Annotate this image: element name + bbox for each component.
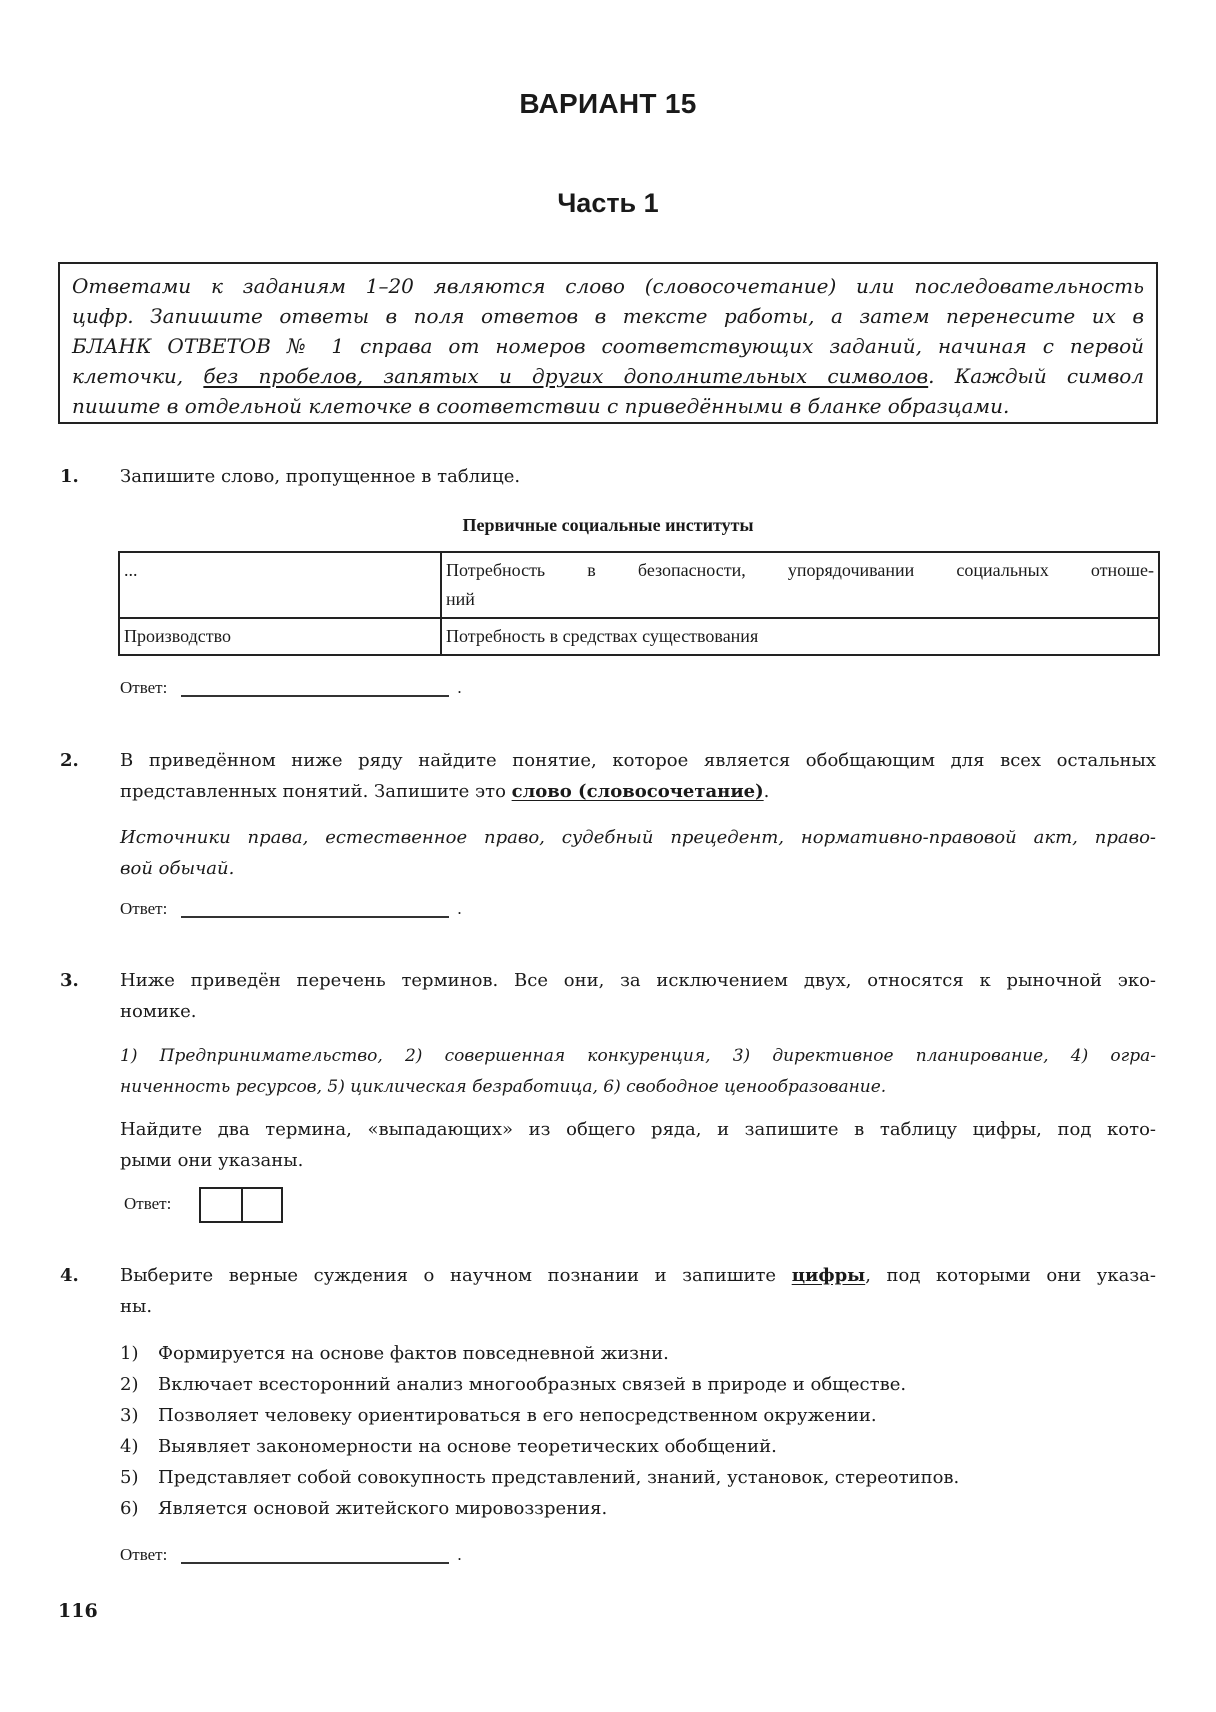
option-text: Включает всесторонний анализ многообразн… (158, 1374, 906, 1395)
task-1-number: 1. (60, 466, 79, 487)
task-4-option: 3)Позволяет человеку ориентироваться в е… (120, 1405, 877, 1426)
option-text: Выявляет закономерности на основе теорет… (158, 1436, 777, 1457)
instructions-line: клеточки, без пробелов, запятых и других… (72, 361, 1144, 391)
task-3-prompt: Ниже приведён перечень терминов. Все они… (120, 965, 1156, 1027)
task-1-answer-field[interactable] (181, 679, 449, 697)
option-text: Формируется на основе фактов повседневно… (158, 1343, 669, 1364)
task-3-answer-cells (199, 1187, 283, 1223)
part-title: Часть 1 (0, 188, 1216, 219)
option-number: 3) (120, 1405, 158, 1426)
task-1-table: ... Потребность в безопасности, упорядоч… (118, 551, 1160, 656)
table-cell-institute: ... (119, 552, 441, 618)
task-3-find: Найдите два термина, «выпадающих» из общ… (120, 1114, 1156, 1176)
task-4-prompt-text: , под которыми они указа- (865, 1265, 1156, 1286)
task-2-prompt-text: . (764, 781, 770, 802)
task-3-find-line: Найдите два термина, «выпадающих» из общ… (120, 1114, 1156, 1145)
answer-label: Ответ: (120, 678, 167, 697)
option-number: 2) (120, 1374, 158, 1395)
option-number: 5) (120, 1467, 158, 1488)
task-3-terms-line: 1) Предпринимательство, 2) совершенная к… (120, 1041, 1156, 1072)
task-3-terms: 1) Предпринимательство, 2) совершенная к… (120, 1041, 1156, 1103)
task-3-answer: Ответ: (124, 1187, 283, 1223)
instructions-line: Ответами к заданиям 1–20 являются слово … (72, 271, 1144, 301)
task-4-prompt-text: Выберите верные суждения о научном позна… (120, 1265, 792, 1286)
task-3-number: 3. (60, 970, 79, 991)
answer-cell[interactable] (201, 1189, 241, 1221)
task-4-answer: Ответ:. (120, 1545, 462, 1565)
option-text: Представляет собой совокупность представ… (158, 1467, 959, 1488)
instructions-box: Ответами к заданиям 1–20 являются слово … (58, 262, 1158, 424)
variant-title: ВАРИАНТ 15 (0, 88, 1216, 120)
answer-label: Ответ: (120, 899, 167, 918)
task-4-option: 4)Выявляет закономерности на основе теор… (120, 1436, 777, 1457)
instructions-underlined-text: без пробелов, запятых и других дополните… (203, 364, 928, 388)
task-4-prompt-line: Выберите верные суждения о научном позна… (120, 1260, 1156, 1291)
task-4-prompt: Выберите верные суждения о научном позна… (120, 1260, 1156, 1322)
task-4-prompt-line: ны. (120, 1291, 1156, 1322)
task-2-number: 2. (60, 750, 79, 771)
task-4-answer-field[interactable] (181, 1546, 449, 1564)
page-number: 116 (58, 1600, 98, 1622)
table-cell-institute: Производство (119, 618, 441, 655)
task-2-prompt-line: представленных понятий. Запишите это сло… (120, 776, 1156, 807)
option-text: Позволяет человеку ориентироваться в его… (158, 1405, 877, 1426)
task-4-option: 1)Формируется на основе фактов повседнев… (120, 1343, 669, 1364)
option-number: 6) (120, 1498, 158, 1519)
task-2-prompt-text: представленных понятий. Запишите это (120, 781, 512, 802)
task-3-prompt-line: номике. (120, 996, 1156, 1027)
task-1-prompt: Запишите слово, пропущенное в таблице. (120, 461, 1156, 492)
table-cell-text: Потребность в безопасности, упорядочиван… (446, 556, 1154, 585)
option-number: 4) (120, 1436, 158, 1457)
task-2-series-line: вой обычай. (120, 853, 1156, 884)
task-2-answer: Ответ:. (120, 899, 462, 919)
answer-end-dot: . (457, 899, 461, 918)
task-2-series-line: Источники права, естественное право, суд… (120, 822, 1156, 853)
instructions-line: пишите в отдельной клеточке в соответств… (72, 391, 1144, 421)
task-3-find-line: рыми они указаны. (120, 1145, 1156, 1176)
task-2-series: Источники права, естественное право, суд… (120, 822, 1156, 884)
task-1-prompt-text: Запишите слово, пропущенное в таблице. (120, 461, 1156, 492)
instructions-text: . Каждый символ (928, 364, 1144, 388)
table-row: ... Потребность в безопасности, упорядоч… (119, 552, 1159, 618)
task-2-answer-field[interactable] (181, 900, 449, 918)
table-cell-need: Потребность в средствах существования (441, 618, 1159, 655)
task-4-number: 4. (60, 1265, 79, 1286)
task-4-emphasis: цифры (792, 1265, 866, 1286)
task-3-terms-line: ниченность ресурсов, 5) циклическая безр… (120, 1072, 1156, 1103)
table-cell-need: Потребность в безопасности, упорядочиван… (441, 552, 1159, 618)
task-4-option: 6)Является основой житейского мировоззре… (120, 1498, 607, 1519)
option-number: 1) (120, 1343, 158, 1364)
answer-label: Ответ: (120, 1545, 167, 1564)
answer-cell[interactable] (241, 1189, 281, 1221)
task-2-emphasis: слово (словосочетание) (512, 781, 764, 802)
task-2-prompt: В приведённом ниже ряду найдите понятие,… (120, 745, 1156, 807)
table-cell-text: ний (446, 585, 1154, 614)
answer-end-dot: . (457, 678, 461, 697)
task-1-answer: Ответ:. (120, 678, 462, 698)
table-row: Производство Потребность в средствах сущ… (119, 618, 1159, 655)
instructions-line: цифр. Запишите ответы в поля ответов в т… (72, 301, 1144, 331)
task-2-prompt-line: В приведённом ниже ряду найдите понятие,… (120, 745, 1156, 776)
task-3-prompt-line: Ниже приведён перечень терминов. Все они… (120, 965, 1156, 996)
task-4-option: 5)Представляет собой совокупность предст… (120, 1467, 959, 1488)
instructions-text: клеточки, (72, 364, 203, 388)
task-4-option: 2)Включает всесторонний анализ многообра… (120, 1374, 906, 1395)
option-text: Является основой житейского мировоззрени… (158, 1498, 607, 1519)
task-1-table-title: Первичные социальные институты (0, 515, 1216, 536)
answer-label: Ответ: (124, 1194, 171, 1213)
answer-end-dot: . (457, 1545, 461, 1564)
instructions-line: БЛАНК ОТВЕТОВ № 1 справа от номеров соот… (72, 331, 1144, 361)
